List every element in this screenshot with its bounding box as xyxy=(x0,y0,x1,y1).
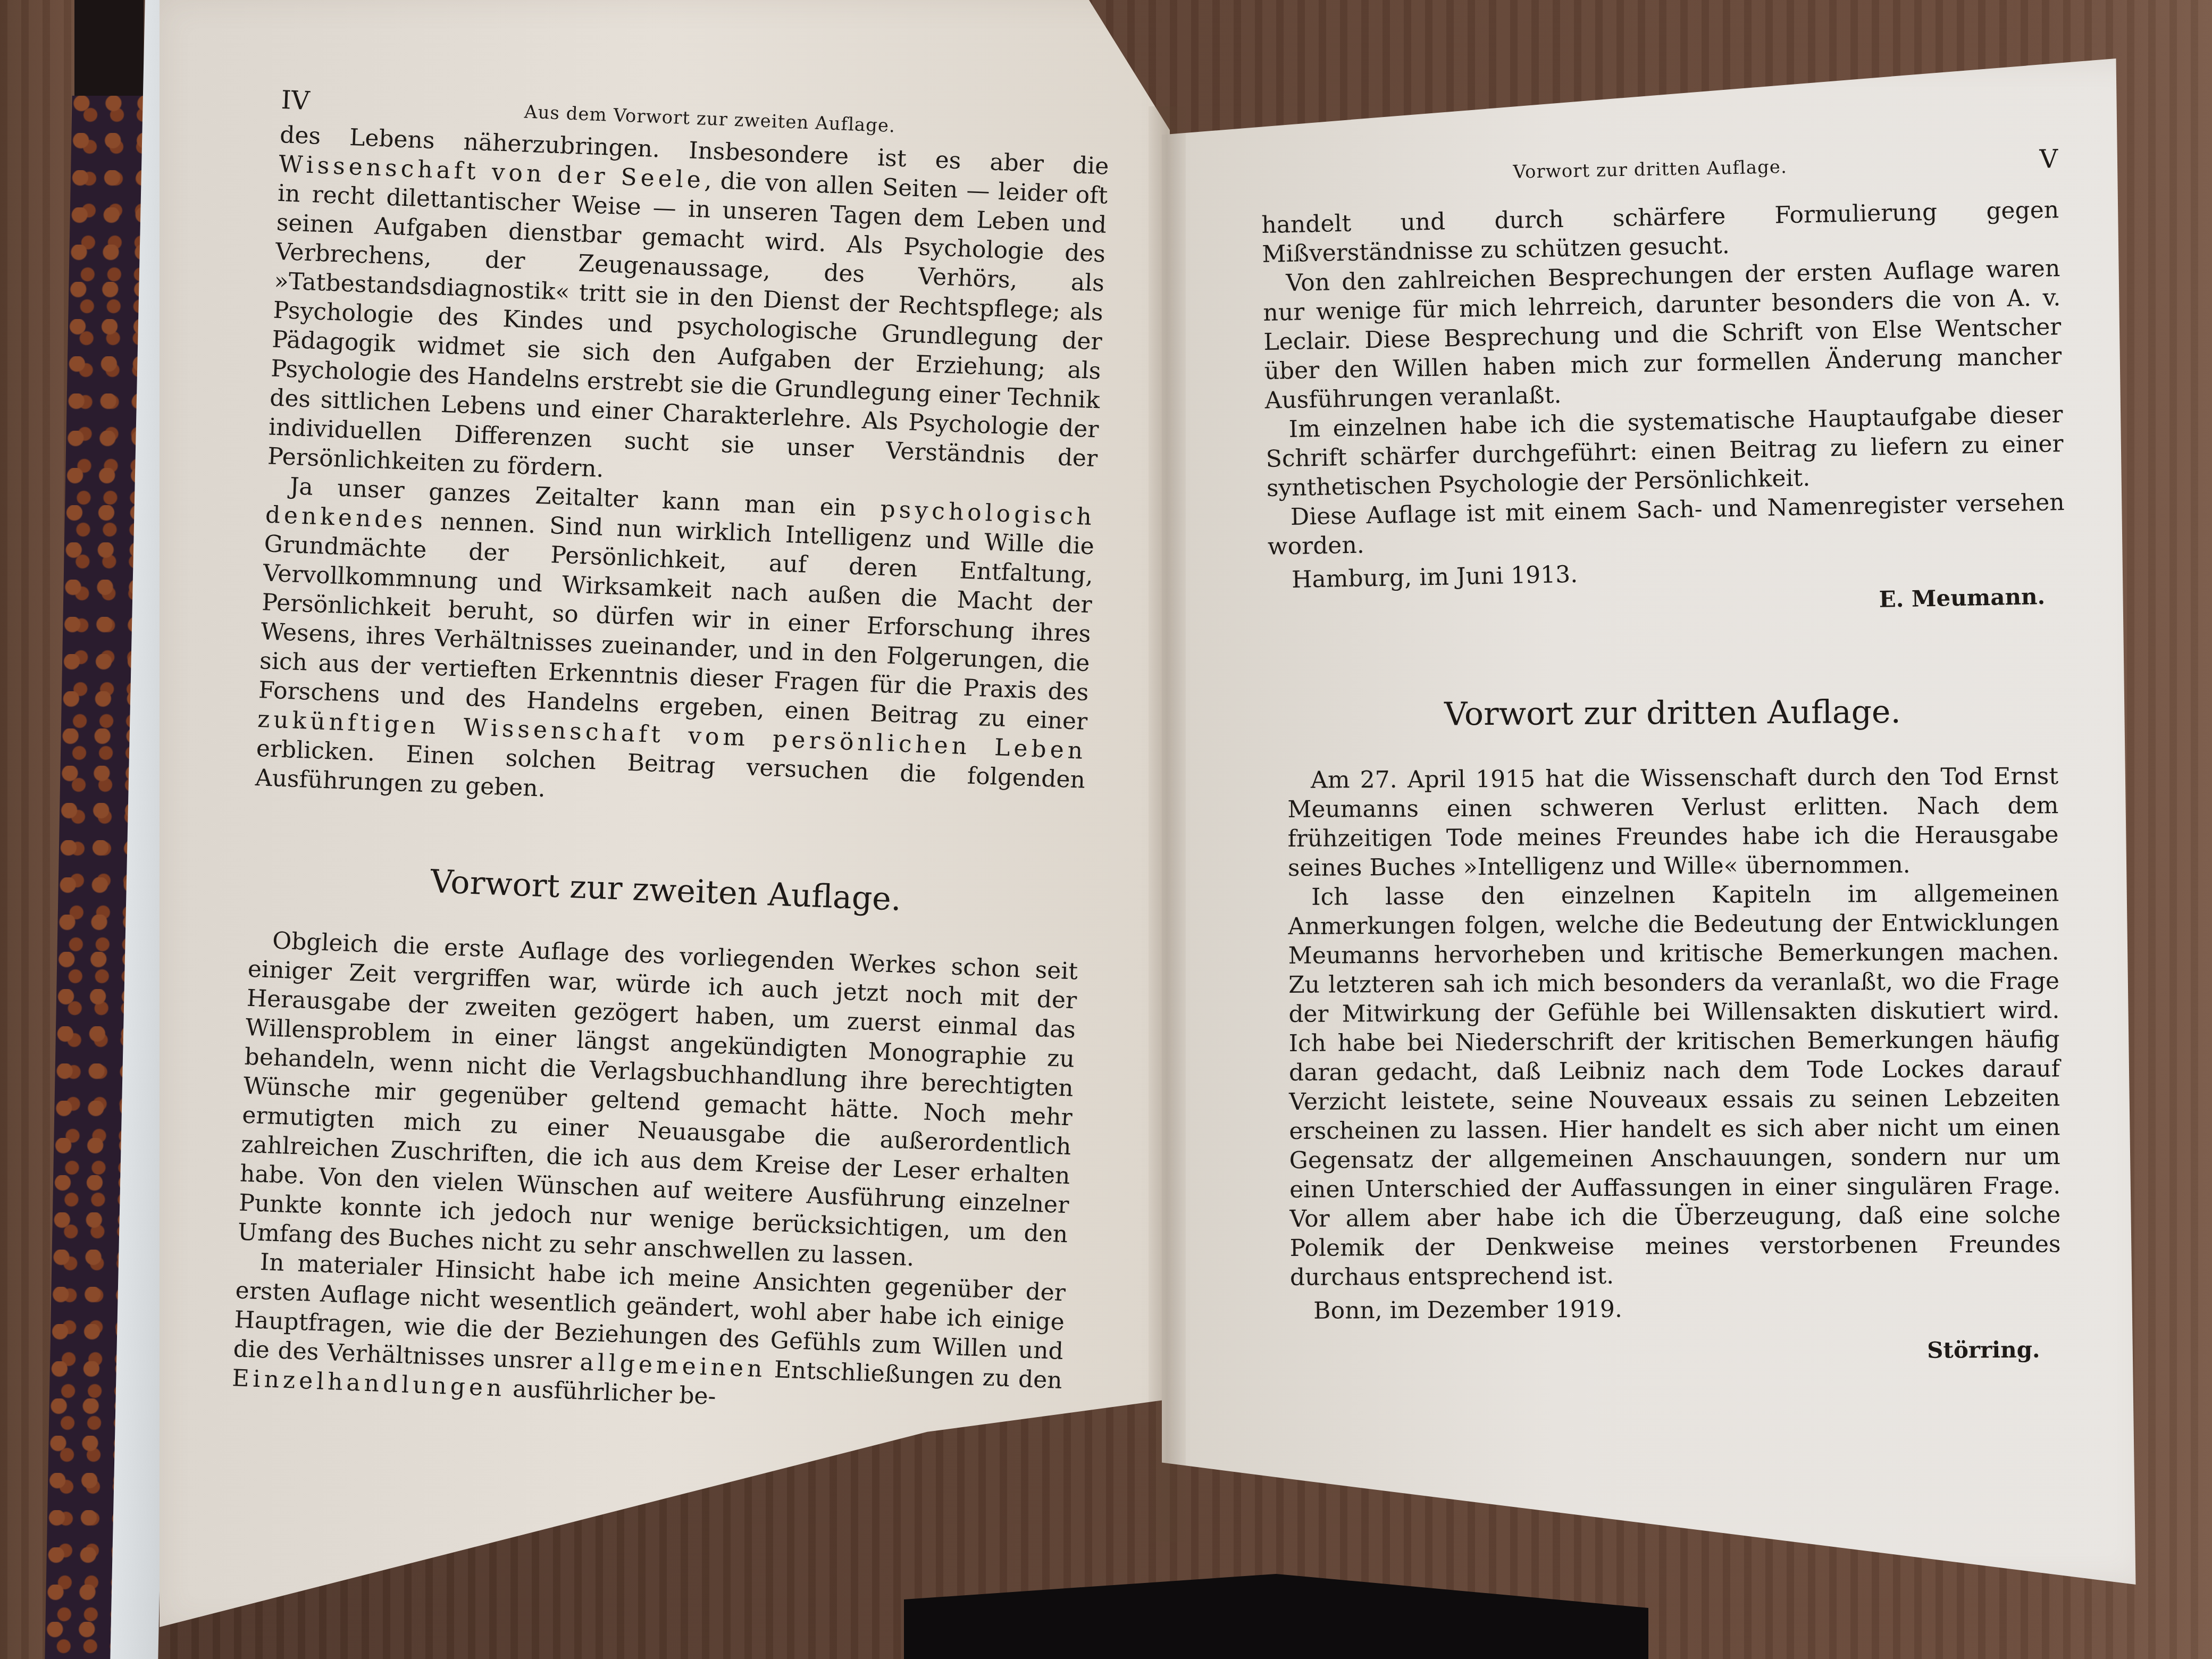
dritte-auflage-paragraphs: Am 27. April 1915 hat die Wissenschaft d… xyxy=(1287,761,2061,1292)
paragraph: des Lebens näherzubringen. Insbesondere … xyxy=(267,120,1109,502)
paragraph: Obgleich die erste Auflage des vorliegen… xyxy=(237,925,1078,1278)
paragraph: Im einzelnen habe ich die systematische … xyxy=(1265,400,2064,503)
continuation-paragraphs: handelt und durch schärfere Formulierung… xyxy=(1261,195,2065,562)
right-page-text-lower: Vorwort zur dritten Auflage. Am 27. Apri… xyxy=(1287,671,2062,1367)
signature-stoerring: Störring. xyxy=(1291,1336,2062,1367)
bottom-shadow xyxy=(904,1574,1648,1659)
paragraph: Ich lasse den einzelnen Kapiteln im allg… xyxy=(1288,878,2061,1292)
zweite-auflage-paragraphs: Obgleich die erste Auflage des vorliegen… xyxy=(232,925,1079,1425)
place-date-bonn: Bonn, im Dezember 1919. xyxy=(1290,1293,2061,1325)
left-body-paragraphs: des Lebens näherzubringen. Insbesondere … xyxy=(255,120,1109,824)
paragraph: Von den zahlreichen Besprechungen der er… xyxy=(1262,254,2063,415)
section-title-zweite-auflage: Vorwort zur zweiten Auflage. xyxy=(251,856,1082,925)
left-page-text: IV Aus dem Vorwort zur zweiten Auflage. … xyxy=(232,85,1111,1425)
book-gutter xyxy=(1149,106,1186,1542)
running-head: Vorwort zur dritten Auflage. xyxy=(1260,152,2040,188)
paragraph: Ja unser ganzes Zeitalter kann man ein p… xyxy=(255,471,1096,824)
right-page-text-upper: Vorwort zur dritten Auflage. V handelt u… xyxy=(1260,144,2067,624)
section-title-dritte-auflage: Vorwort zur dritten Auflage. xyxy=(1287,692,2058,734)
book-cover-inner xyxy=(74,0,144,106)
page-number: IV xyxy=(281,85,311,116)
emphasized-spaced-text: allgemeinen xyxy=(580,1348,767,1382)
page-number: V xyxy=(2039,144,2058,174)
paragraph: Am 27. April 1915 hat die Wissenschaft d… xyxy=(1287,761,2059,883)
text-run: , die von allen Seiten — leider oft in r… xyxy=(267,167,1108,483)
text-run: nennen. Sind nun wirklich Intelligenz un… xyxy=(258,507,1094,735)
